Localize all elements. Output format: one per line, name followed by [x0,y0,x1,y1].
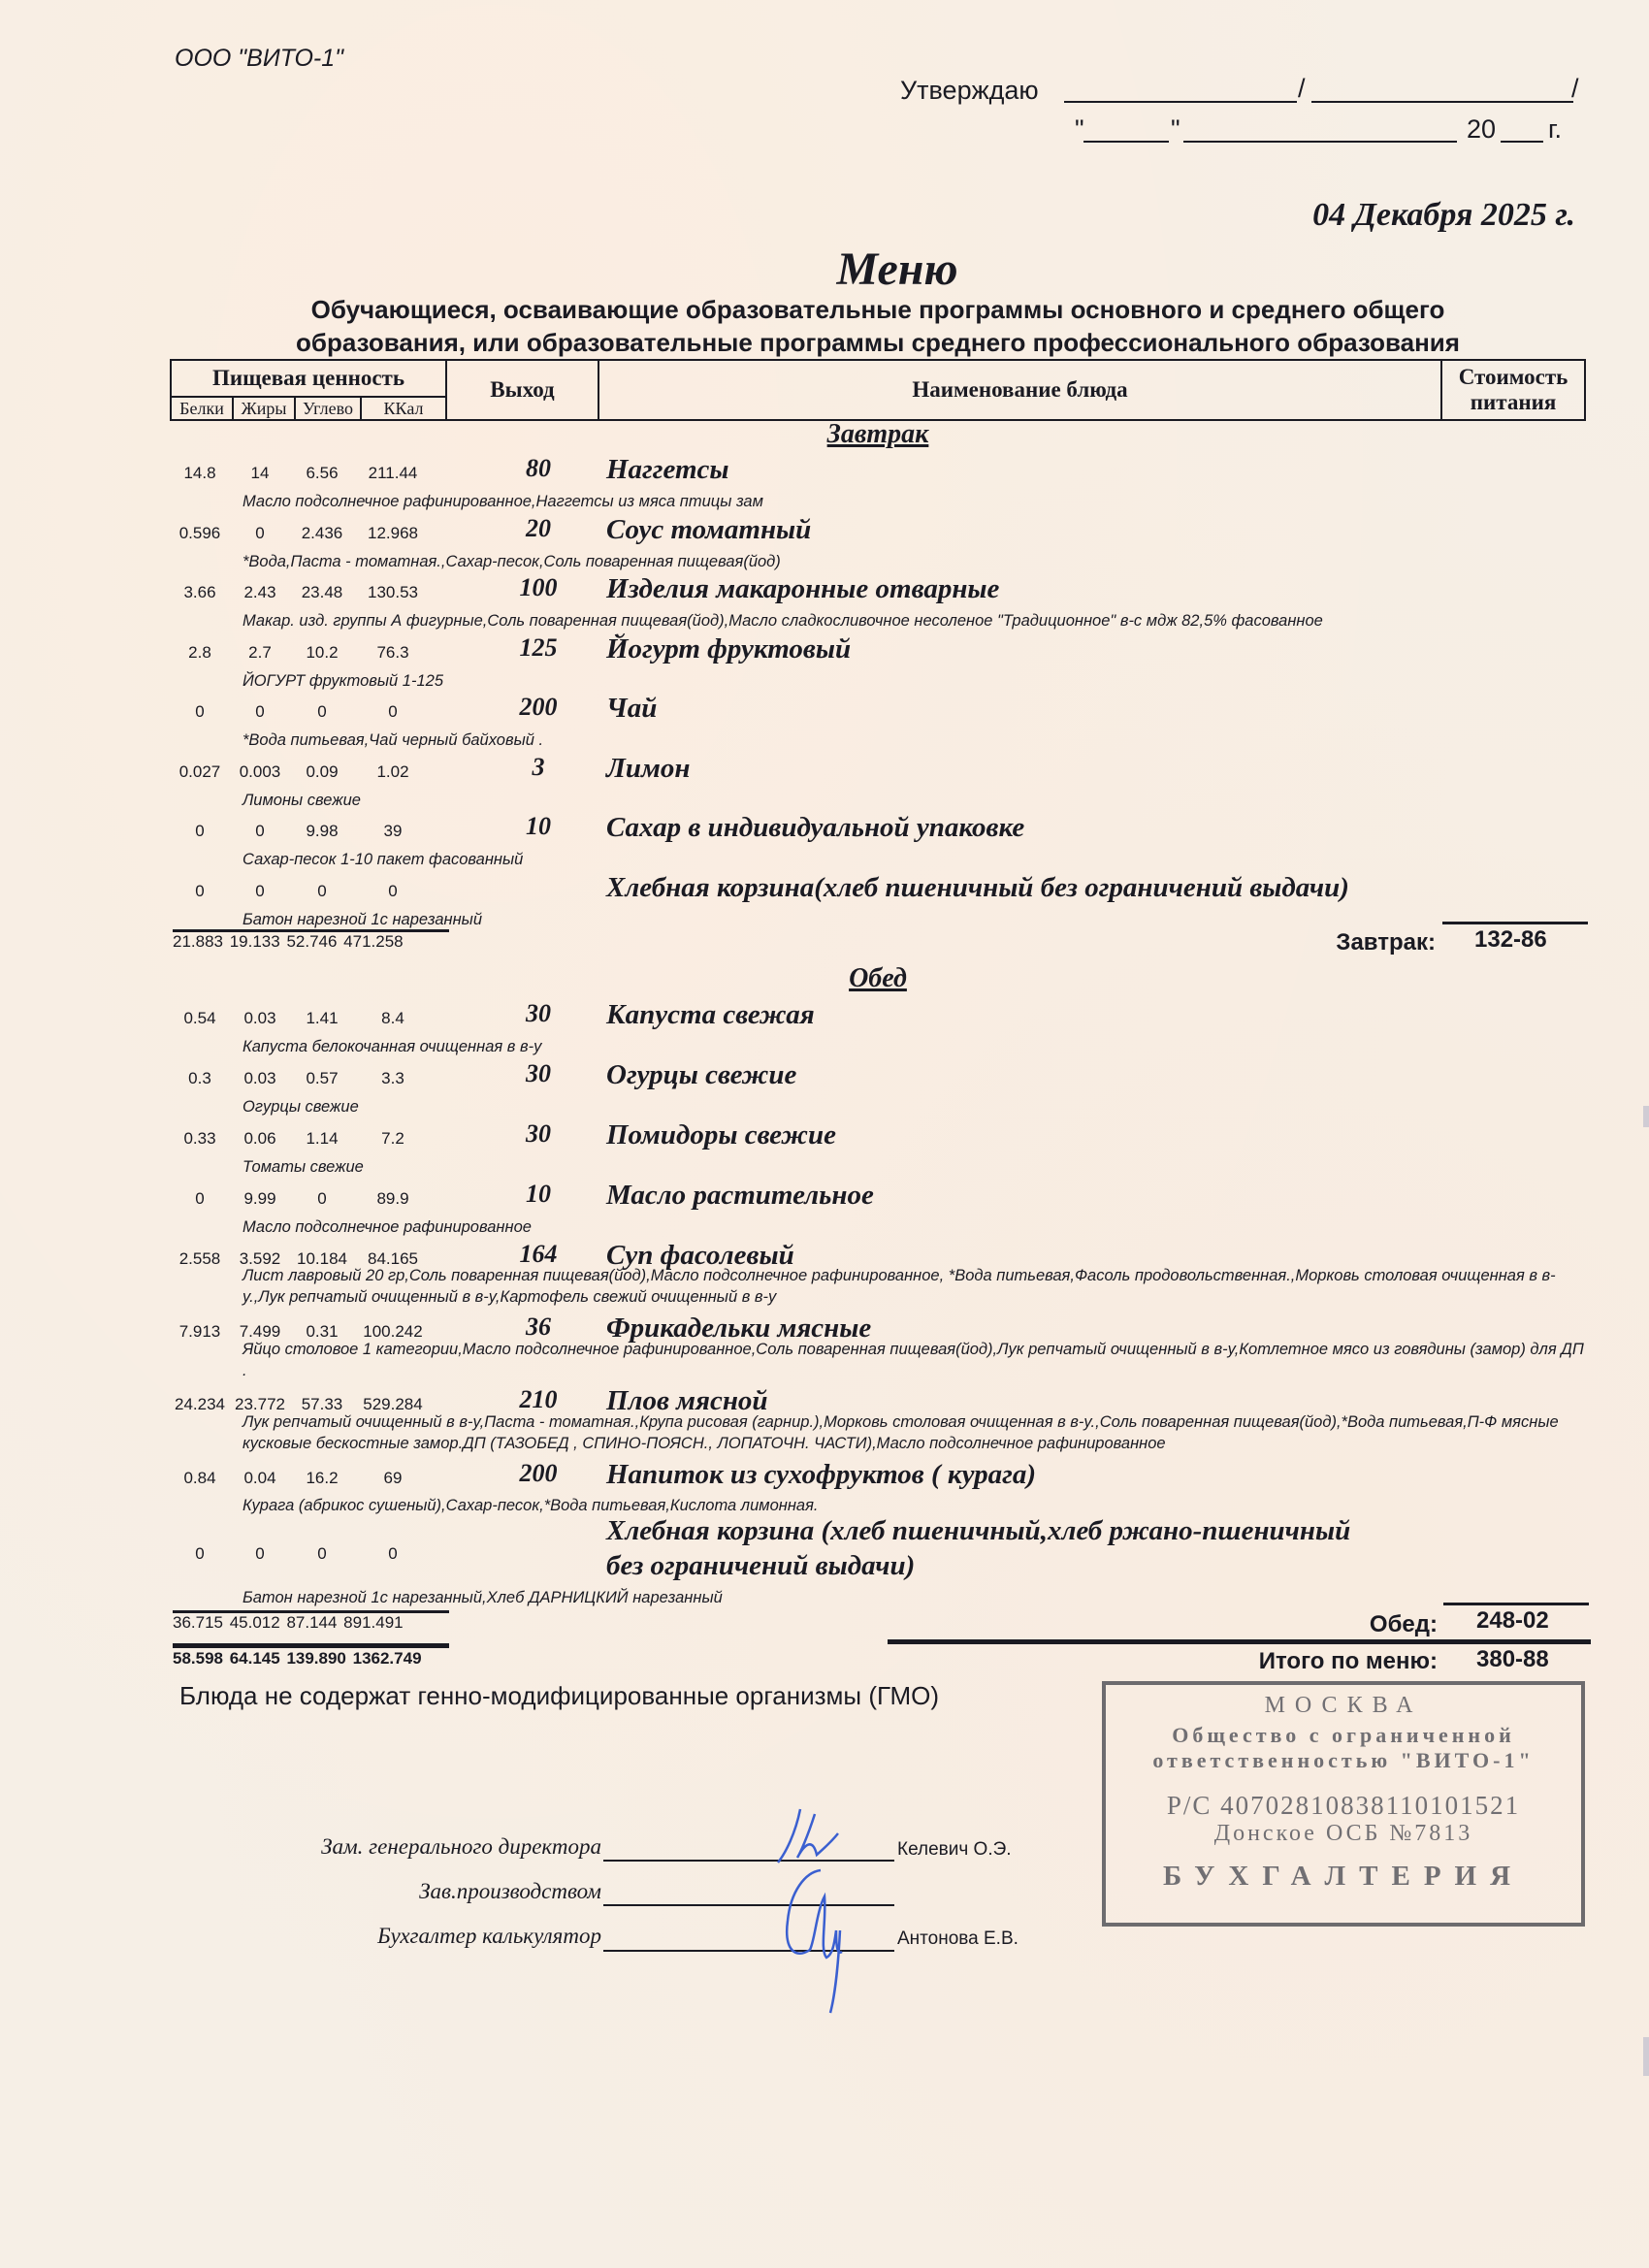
lunch-cost-rule [1443,1603,1589,1605]
approve-signature-line [1064,101,1297,103]
nutrition-carbs: 16.2 [292,1469,352,1488]
header-kcal: ККал [361,397,446,420]
nutrition-kcal: 3.3 [354,1069,432,1088]
nutrition-protein: 0.33 [170,1129,230,1149]
dish-ingredients: Огурцы свежие [242,1096,1591,1118]
grand-total-value: 380-88 [1476,1646,1549,1673]
dish-name: Хлебная корзина(хлеб пшеничный без огран… [606,872,1349,904]
lunch-cost-value: 248-02 [1476,1607,1549,1635]
dish-name: Чай [606,693,657,725]
nutrition-protein: 2.558 [170,1249,230,1269]
dish-name: Огурцы свежие [606,1059,796,1091]
nutrition-fat: 0.06 [230,1129,290,1149]
header-cost: Стоимость питания [1441,360,1585,420]
dish-yield: 30 [490,1059,587,1088]
signature-role-accountant: Бухгалтер калькулятор [281,1924,601,1949]
menu-item-row: 0000Хлебная корзина (хлеб пшеничный,хлеб… [170,1515,1586,1554]
nutrition-carbs: 0.57 [292,1069,352,1088]
grand-total-rule [888,1639,1591,1644]
dish-ingredients: Масло подсолнечное рафинированное [242,1216,1591,1238]
header-dish-name: Наименование блюда [598,360,1441,420]
dish-name: Соус томатный [606,514,811,546]
menu-item-row: 3.662.4323.48130.53100Изделия макаронные… [170,573,1586,612]
nutrition-carbs: 0 [292,882,352,901]
approve-day-line [1083,141,1169,143]
dish-ingredients: Томаты свежие [242,1156,1591,1178]
scan-edge-mark [1643,1106,1649,1127]
menu-date: 04 Декабря 2025 г. [1312,197,1575,234]
signature-name-deputy-director: Келевич О.Э. [897,1839,1012,1861]
nutrition-protein: 0.84 [170,1469,230,1488]
menu-item-row: 0.840.0416.269200Напиток из сухофруктов … [170,1459,1586,1498]
nutrition-protein: 3.66 [170,583,230,602]
stamp-department: БУХГАЛТЕРИЯ [1106,1861,1581,1893]
approval-block: Утверждаю [900,76,1039,106]
nutrition-fat: 0.04 [230,1469,290,1488]
approve-slash-end: / [1571,74,1579,104]
nutrition-carbs: 0 [292,1189,352,1209]
lunch-nutrition-totals: 36.715 45.012 87.144 891.491 [173,1613,404,1633]
page-subtitle: Обучающиеся, осваивающие образовательные… [165,293,1591,359]
nutrition-protein: 0 [170,822,230,841]
nutrition-protein: 0 [170,1189,230,1209]
header-yield: Выход [446,360,598,420]
dish-yield: 10 [490,812,587,841]
nutrition-fat: 0.003 [230,762,290,782]
approve-year-suffix: г. [1548,114,1562,145]
subtitle-line-2: образования, или образовательные програм… [165,326,1591,359]
breakfast-nutrition-totals: 21.883 19.133 52.746 471.258 [173,932,404,952]
menu-item-row: 14.8146.56211.4480Наггетсы [170,454,1586,493]
approve-month-line [1183,141,1457,143]
header-nutrition: Пищевая ценность [171,360,446,397]
dish-ingredients: *Вода,Паста - томатная.,Сахар-песок,Соль… [242,551,1591,572]
nutrition-protein: 2.8 [170,643,230,663]
dish-ingredients: *Вода питьевая,Чай черный байховый . [242,729,1591,751]
nutrition-carbs: 9.98 [292,822,352,841]
dish-name: Сахар в индивидуальной упаковке [606,812,1024,844]
menu-item-row: 0.540.031.418.430Капуста свежая [170,999,1586,1038]
nutrition-protein: 0 [170,1544,230,1564]
dish-ingredients: ЙОГУРТ фруктовый 1-125 [242,670,1591,692]
nutrition-protein: 0.54 [170,1009,230,1028]
gmo-notice: Блюда не содержат генно-модифицированные… [179,1681,939,1711]
nutrition-kcal: 130.53 [354,583,432,602]
nutrition-carbs: 0.09 [292,762,352,782]
approve-year-prefix: 20 [1467,114,1496,145]
menu-item-row: 09.99089.910Масло растительное [170,1180,1586,1218]
dish-name: Хлебная корзина (хлеб пшеничный,хлеб ржа… [606,1515,1350,1547]
nutrition-carbs: 0 [292,702,352,722]
subtitle-line-1: Обучающиеся, осваивающие образовательные… [165,293,1591,326]
breakfast-cost-value: 132-86 [1474,926,1547,954]
nutrition-protein: 0.596 [170,524,230,543]
nutrition-kcal: 39 [354,822,432,841]
menu-item-row: 009.983910Сахар в индивидуальной упаковк… [170,812,1586,851]
stamp-city: МОСКВА [1106,1693,1581,1719]
dish-yield: 210 [490,1385,587,1414]
dish-yield: 3 [490,753,587,782]
dish-ingredients: Яйцо столовое 1 категории,Масло подсолне… [242,1339,1591,1381]
nutrition-protein: 7.913 [170,1322,230,1342]
nutrition-protein: 14.8 [170,464,230,483]
nutrition-kcal: 1.02 [354,762,432,782]
handwritten-signature-icon [757,1785,912,2018]
nutrition-protein: 0.3 [170,1069,230,1088]
dish-ingredients: Лимоны свежие [242,790,1591,811]
nutrition-kcal: 0 [354,882,432,901]
nutrition-kcal: 69 [354,1469,432,1488]
dish-yield: 10 [490,1180,587,1209]
dish-ingredients: Лук репчатый очищенный в в-у,Паста - том… [242,1411,1591,1454]
dish-ingredients: Сахар-песок 1-10 пакет фасованный [242,849,1591,870]
header-cost-line-1: Стоимость [1442,365,1584,390]
nutrition-fat: 0 [230,702,290,722]
section-title-breakfast: Завтрак [170,419,1586,450]
header-fat: Жиры [233,397,295,420]
stamp-account: Р/С 40702810838110101521 [1106,1791,1581,1821]
nutrition-fat: 0 [230,882,290,901]
dish-ingredients: Масло подсолнечное рафинированное,Наггет… [242,491,1591,512]
nutrition-protein: 0 [170,882,230,901]
nutrition-fat: 2.43 [230,583,290,602]
nutrition-carbs: 1.41 [292,1009,352,1028]
breakfast-cost-label: Завтрак: [1232,929,1436,956]
nutrition-kcal: 12.968 [354,524,432,543]
page-title: Меню [0,243,1649,296]
header-cost-line-2: питания [1442,390,1584,415]
nutrition-kcal: 89.9 [354,1189,432,1209]
dish-yield: 200 [490,1459,587,1488]
stamp-line-2: ответственностью "ВИТО-1" [1106,1748,1581,1773]
dish-yield: 100 [490,573,587,602]
nutrition-kcal: 0 [354,702,432,722]
nutrition-protein: 24.234 [170,1395,230,1414]
nutrition-carbs: 23.48 [292,583,352,602]
signature-role-deputy-director: Зам. генерального директора [281,1834,601,1860]
nutrition-carbs: 6.56 [292,464,352,483]
dish-ingredients: Курага (абрикос сушеный),Сахар-песок,*Во… [242,1495,1591,1516]
nutrition-fat: 0 [230,822,290,841]
section-title-lunch: Обед [170,963,1586,994]
nutrition-carbs: 2.436 [292,524,352,543]
approve-name-line [1311,101,1573,103]
dish-name: Капуста свежая [606,999,815,1031]
scan-edge-mark [1643,2037,1649,2076]
dish-ingredients: Лист лавровый 20 гр,Соль поваренная пище… [242,1265,1591,1308]
menu-item-row: 0.330.061.147.230Помидоры свежие [170,1119,1586,1158]
dish-ingredients: Батон нарезной 1с нарезанный [242,909,1591,930]
nutrition-fat: 14 [230,464,290,483]
dish-name: Масло растительное [606,1180,874,1212]
nutrition-kcal: 0 [354,1544,432,1564]
menu-item-row: 0.30.030.573.330Огурцы свежие [170,1059,1586,1098]
dish-yield: 30 [490,999,587,1028]
dish-name-continued: без ограничений выдачи) [606,1550,915,1582]
stamp-bank: Донское ОСБ №7813 [1106,1821,1581,1847]
menu-item-row: 0000Хлебная корзина(хлеб пшеничный без о… [170,872,1586,911]
breakfast-cost-rule [1442,922,1588,924]
company-stamp: МОСКВА Общество с ограниченной ответстве… [1102,1681,1585,1927]
lunch-cost-label: Обед: [1232,1611,1438,1638]
nutrition-fat: 9.99 [230,1189,290,1209]
dish-yield: 30 [490,1119,587,1149]
nutrition-fat: 0 [230,1544,290,1564]
approve-label: Утверждаю [900,76,1039,105]
menu-item-row: 2.82.710.276.3125Йогурт фруктовый [170,633,1586,672]
dish-yield: 20 [490,514,587,543]
nutrition-carbs: 10.2 [292,643,352,663]
menu-item-row: 0.59602.43612.96820Соус томатный [170,514,1586,553]
dish-name: Напиток из сухофруктов ( курага) [606,1459,1036,1491]
approve-year-line [1501,141,1543,143]
nutrition-carbs: 0 [292,1544,352,1564]
nutrition-kcal: 76.3 [354,643,432,663]
dish-name: Изделия макаронные отварные [606,573,999,605]
dish-yield: 80 [490,454,587,483]
dish-ingredients: Батон нарезной 1с нарезанный,Хлеб ДАРНИЦ… [242,1587,1591,1608]
dish-yield: 125 [490,633,587,663]
dish-name: Помидоры свежие [606,1119,836,1151]
dish-name: Наггетсы [606,454,729,486]
quote-close: " [1171,114,1180,145]
nutrition-fat: 0 [230,524,290,543]
menu-table-header: Пищевая ценность Выход Наименование блюд… [170,359,1586,421]
nutrition-protein: 0.027 [170,762,230,782]
organization-name: ООО "ВИТО-1" [175,45,343,73]
grand-total-label: Итого по меню: [1125,1648,1438,1675]
approve-slash: / [1298,74,1306,104]
nutrition-carbs: 1.14 [292,1129,352,1149]
nutrition-fat: 0.03 [230,1069,290,1088]
signature-role-production-head: Зав.производством [281,1879,601,1904]
dish-ingredients: Макар. изд. группы А фигурные,Соль повар… [242,610,1591,632]
signature-name-accountant: Антонова Е.В. [897,1928,1018,1950]
header-carbs: Углево [295,397,361,420]
nutrition-fat: 0.03 [230,1009,290,1028]
stamp-line-1: Общество с ограниченной [1106,1723,1581,1748]
grand-totals-rule [173,1643,449,1648]
nutrition-kcal: 7.2 [354,1129,432,1149]
nutrition-fat: 2.7 [230,643,290,663]
nutrition-kcal: 211.44 [354,464,432,483]
dish-ingredients: Капуста белокочанная очищенная в в-у [242,1036,1591,1057]
dish-yield: 200 [490,693,587,722]
header-protein: Белки [171,397,233,420]
nutrition-protein: 0 [170,702,230,722]
grand-nutrition-totals: 58.598 64.145 139.890 1362.749 [173,1649,422,1669]
nutrition-kcal: 8.4 [354,1009,432,1028]
dish-name: Лимон [606,753,691,785]
menu-item-row: 0.0270.0030.091.023Лимон [170,753,1586,792]
menu-item-row: 0000200Чай [170,693,1586,731]
dish-yield: 36 [490,1312,587,1342]
dish-name: Йогурт фруктовый [606,633,851,665]
